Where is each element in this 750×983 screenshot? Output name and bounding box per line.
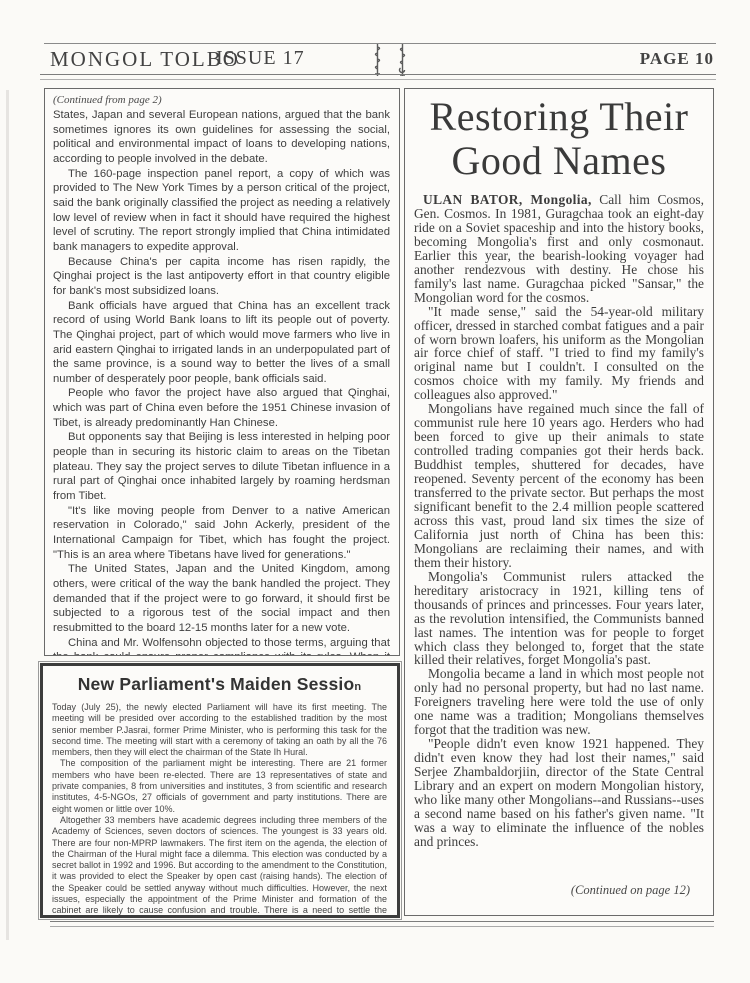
right-article-title: Restoring Their Good Names bbox=[414, 95, 704, 183]
paragraph: But opponents say that Beijing is less i… bbox=[53, 430, 390, 503]
paragraph: "People didn't even know 1921 happened. … bbox=[414, 737, 704, 849]
right-article-box: Restoring Their Good Names ULAN BATOR, M… bbox=[404, 88, 714, 916]
paragraph: Because China's per capita income has ri… bbox=[53, 255, 390, 299]
right-article-body: ULAN BATOR, Mongolia, Call him Cosmos, G… bbox=[414, 193, 704, 849]
newspaper-title: MONGOL TOLBO bbox=[50, 47, 240, 72]
paragraph: The 160-page inspection panel report, a … bbox=[53, 167, 390, 255]
header-rule-bottom bbox=[40, 74, 716, 80]
paragraph: "It made sense," said the 54-year-old mi… bbox=[414, 305, 704, 403]
paragraph: States, Japan and several European natio… bbox=[53, 108, 390, 167]
page-bottom-rule bbox=[50, 921, 714, 927]
newspaper-page: MONGOL TOLBO ISSUE 17 PAGE 10 (Continued… bbox=[0, 0, 750, 983]
paragraph: Altogether 33 members have academic degr… bbox=[52, 815, 387, 918]
paragraph: China and Mr. Wolfensohn objected to tho… bbox=[53, 636, 390, 656]
page-number: PAGE 10 bbox=[640, 49, 714, 69]
left-article-body: States, Japan and several European natio… bbox=[53, 108, 390, 656]
continued-on-note: (Continued on page 12) bbox=[414, 883, 704, 898]
parliament-article-body: Today (July 25), the newly elected Parli… bbox=[52, 702, 387, 918]
parliament-article-title: New Parliament's Maiden Session bbox=[52, 674, 387, 695]
paragraph: Bank officials have argued that China ha… bbox=[53, 299, 390, 387]
scan-edge-artifact bbox=[6, 90, 9, 940]
paragraph: Today (July 25), the newly elected Parli… bbox=[52, 702, 387, 758]
paragraph: Mongolians have regained much since the … bbox=[414, 402, 704, 569]
paragraph: Mongolia became a land in which most peo… bbox=[414, 667, 704, 737]
mongolian-script-icon bbox=[372, 42, 408, 78]
parliament-article-box: New Parliament's Maiden Session Today (J… bbox=[40, 663, 400, 918]
parliament-title-main: New Parliament's Maiden Sessio bbox=[78, 674, 355, 694]
right-article-paragraphs: "It made sense," said the 54-year-old mi… bbox=[414, 305, 704, 849]
dateline: ULAN BATOR, Mongolia, bbox=[423, 192, 592, 207]
right-article-title-line2: Good Names bbox=[414, 139, 704, 183]
masthead: MONGOL TOLBO ISSUE 17 PAGE 10 bbox=[44, 46, 716, 74]
paragraph: Mongolia's Communist rulers attacked the… bbox=[414, 570, 704, 668]
paragraph: The composition of the parliament might … bbox=[52, 758, 387, 814]
paragraph: People who favor the project have also a… bbox=[53, 386, 390, 430]
parliament-title-suffix: n bbox=[354, 681, 361, 693]
lead-paragraph: ULAN BATOR, Mongolia, Call him Cosmos, G… bbox=[414, 193, 704, 305]
issue-label: ISSUE 17 bbox=[216, 47, 305, 70]
continued-from-note: (Continued from page 2) bbox=[53, 94, 390, 106]
paragraph: "It's like moving people from Denver to … bbox=[53, 504, 390, 563]
right-article-title-line1: Restoring Their bbox=[414, 95, 704, 139]
left-article-box: (Continued from page 2) States, Japan an… bbox=[44, 88, 400, 656]
lead-text: Call him Cosmos, Gen. Cosmos. In 1981, G… bbox=[414, 192, 704, 305]
paragraph: The United States, Japan and the United … bbox=[53, 562, 390, 635]
